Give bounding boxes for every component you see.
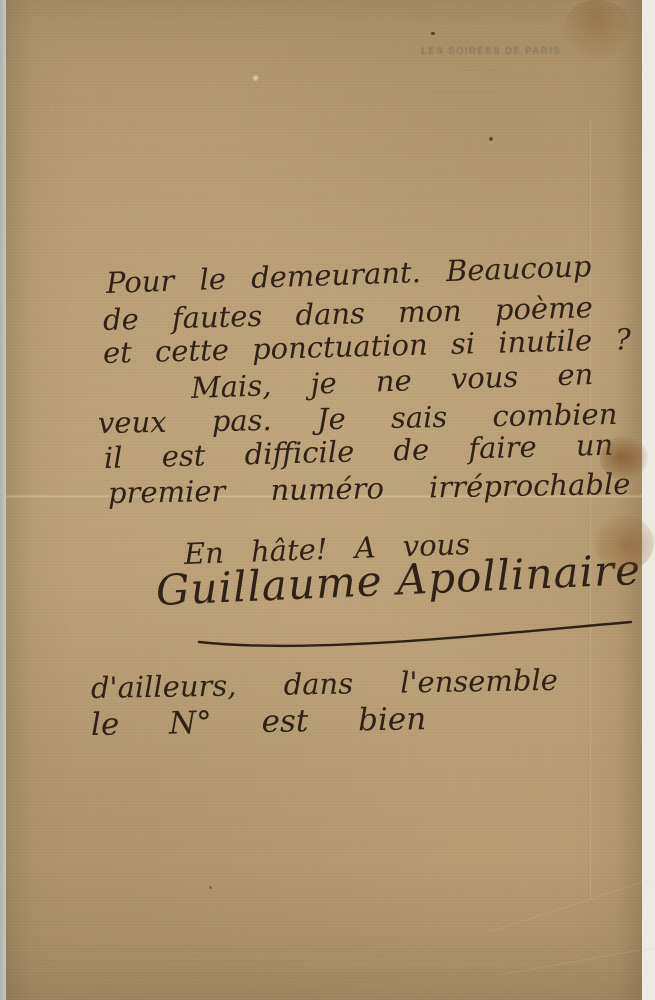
bottom-right-crease bbox=[507, 947, 655, 975]
letter-photograph: LES SOIRÉES DE PARIS ·· ·· ·· ···· ··· ·… bbox=[0, 0, 655, 1000]
paper-fleck bbox=[252, 74, 259, 82]
postscript-line: d'ailleurs, dans l'ensemble bbox=[91, 663, 558, 705]
bottom-right-crease bbox=[490, 879, 652, 933]
postscript-line: le N° est bien bbox=[91, 701, 427, 743]
handwritten-line: premier numéro irréprochable bbox=[108, 467, 631, 510]
paper-speck bbox=[431, 32, 435, 35]
letterhead-line: LES SOIRÉES DE PARIS bbox=[421, 46, 591, 57]
letterhead-line: ··· ···· ····· bbox=[435, 87, 591, 96]
vertical-fold-crease bbox=[589, 120, 592, 900]
signature-underline-flourish bbox=[191, 608, 641, 656]
paper-speck bbox=[209, 886, 212, 889]
faint-printed-letterhead: LES SOIRÉES DE PARIS ·· ·· ·· ···· ··· ·… bbox=[421, 46, 591, 96]
letter-paper: LES SOIRÉES DE PARIS ·· ·· ·· ···· ··· ·… bbox=[6, 0, 642, 1000]
letterhead-line: ·· ·· ·· ···· bbox=[453, 66, 591, 75]
paper-speck bbox=[489, 137, 493, 141]
